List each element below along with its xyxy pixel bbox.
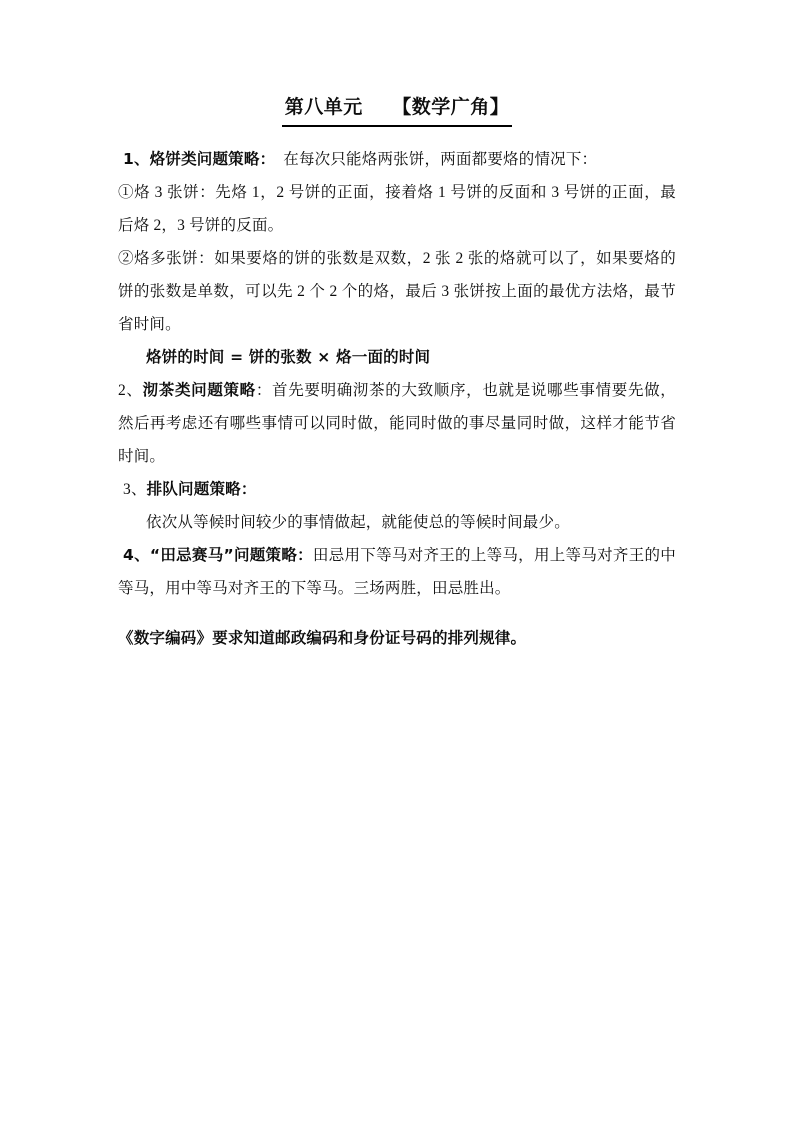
section1-intro: 在每次只能烙两张饼，两面都要烙的情况下： (268, 151, 598, 168)
line-pancake-step2-b: 饼的张数是单数，可以先 2 个 2 个的烙，最后 3 张饼按上面的最优方法烙，最… (118, 275, 676, 308)
line-queue-strategy: 依次从等候时间较少的事情做起，就能使总的等候时间最少。 (118, 506, 676, 539)
section3-label: 排队问题策略： (147, 480, 257, 498)
document-page: 第八单元 【数学广角】 1、烙饼类问题策略： 在每次只能烙两张饼，两面都要烙的情… (0, 0, 793, 1122)
line-pancake-formula: 烙饼的时间 = 饼的张数 × 烙一面的时间 (118, 341, 676, 374)
section2-label: 沏茶类问题策略 (143, 381, 256, 399)
section1-label: 1、烙饼类问题策略： (123, 150, 268, 168)
line-pancake-step2-c: 省时间。 (118, 308, 676, 341)
line-section2-heading: 2、沏茶类问题策略：首先要明确沏茶的大致顺序，也就是说哪些事情要先做， (118, 374, 676, 407)
section3-number: 3、 (123, 481, 147, 498)
line-pancake-step2-a: ②烙多张饼：如果要烙的饼的张数是双数，2 张 2 张的烙就可以了，如果要烙的 (118, 242, 676, 275)
document-body: 第八单元 【数学广角】 1、烙饼类问题策略： 在每次只能烙两张饼，两面都要烙的情… (118, 92, 676, 655)
line-horse-race-b: 等马，用中等马对齐王的下等马。三场两胜，田忌胜出。 (118, 572, 676, 605)
line-pancake-step1-a: ①烙 3 张饼：先烙 1，2 号饼的正面，接着烙 1 号饼的反面和 3 号饼的正… (118, 176, 676, 209)
line-tea-strategy-b: 然后再考虑还有哪些事情可以同时做，能同时做的事尽量同时做，这样才能节省 (118, 407, 676, 440)
line-section3-heading: 3、排队问题策略： (118, 473, 676, 506)
line-digital-coding-note: 《数字编码》要求知道邮政编码和身份证号码的排列规律。 (118, 622, 676, 655)
line-section4-heading: 4、“田忌赛马”问题策略：田忌用下等马对齐王的上等马，用上等马对齐王的中 (118, 539, 676, 572)
line-pancake-step1-b: 后烙 2，3 号饼的反面。 (118, 209, 676, 242)
line-tea-strategy-c: 时间。 (118, 440, 676, 473)
page-title-text: 第八单元 【数学广角】 (282, 92, 513, 127)
page-title: 第八单元 【数学广角】 (118, 92, 676, 127)
section4-label: 4、“田忌赛马”问题策略： (123, 546, 313, 564)
section2-number: 2、 (118, 382, 143, 399)
line-section1-heading: 1、烙饼类问题策略： 在每次只能烙两张饼，两面都要烙的情况下： (118, 143, 676, 176)
